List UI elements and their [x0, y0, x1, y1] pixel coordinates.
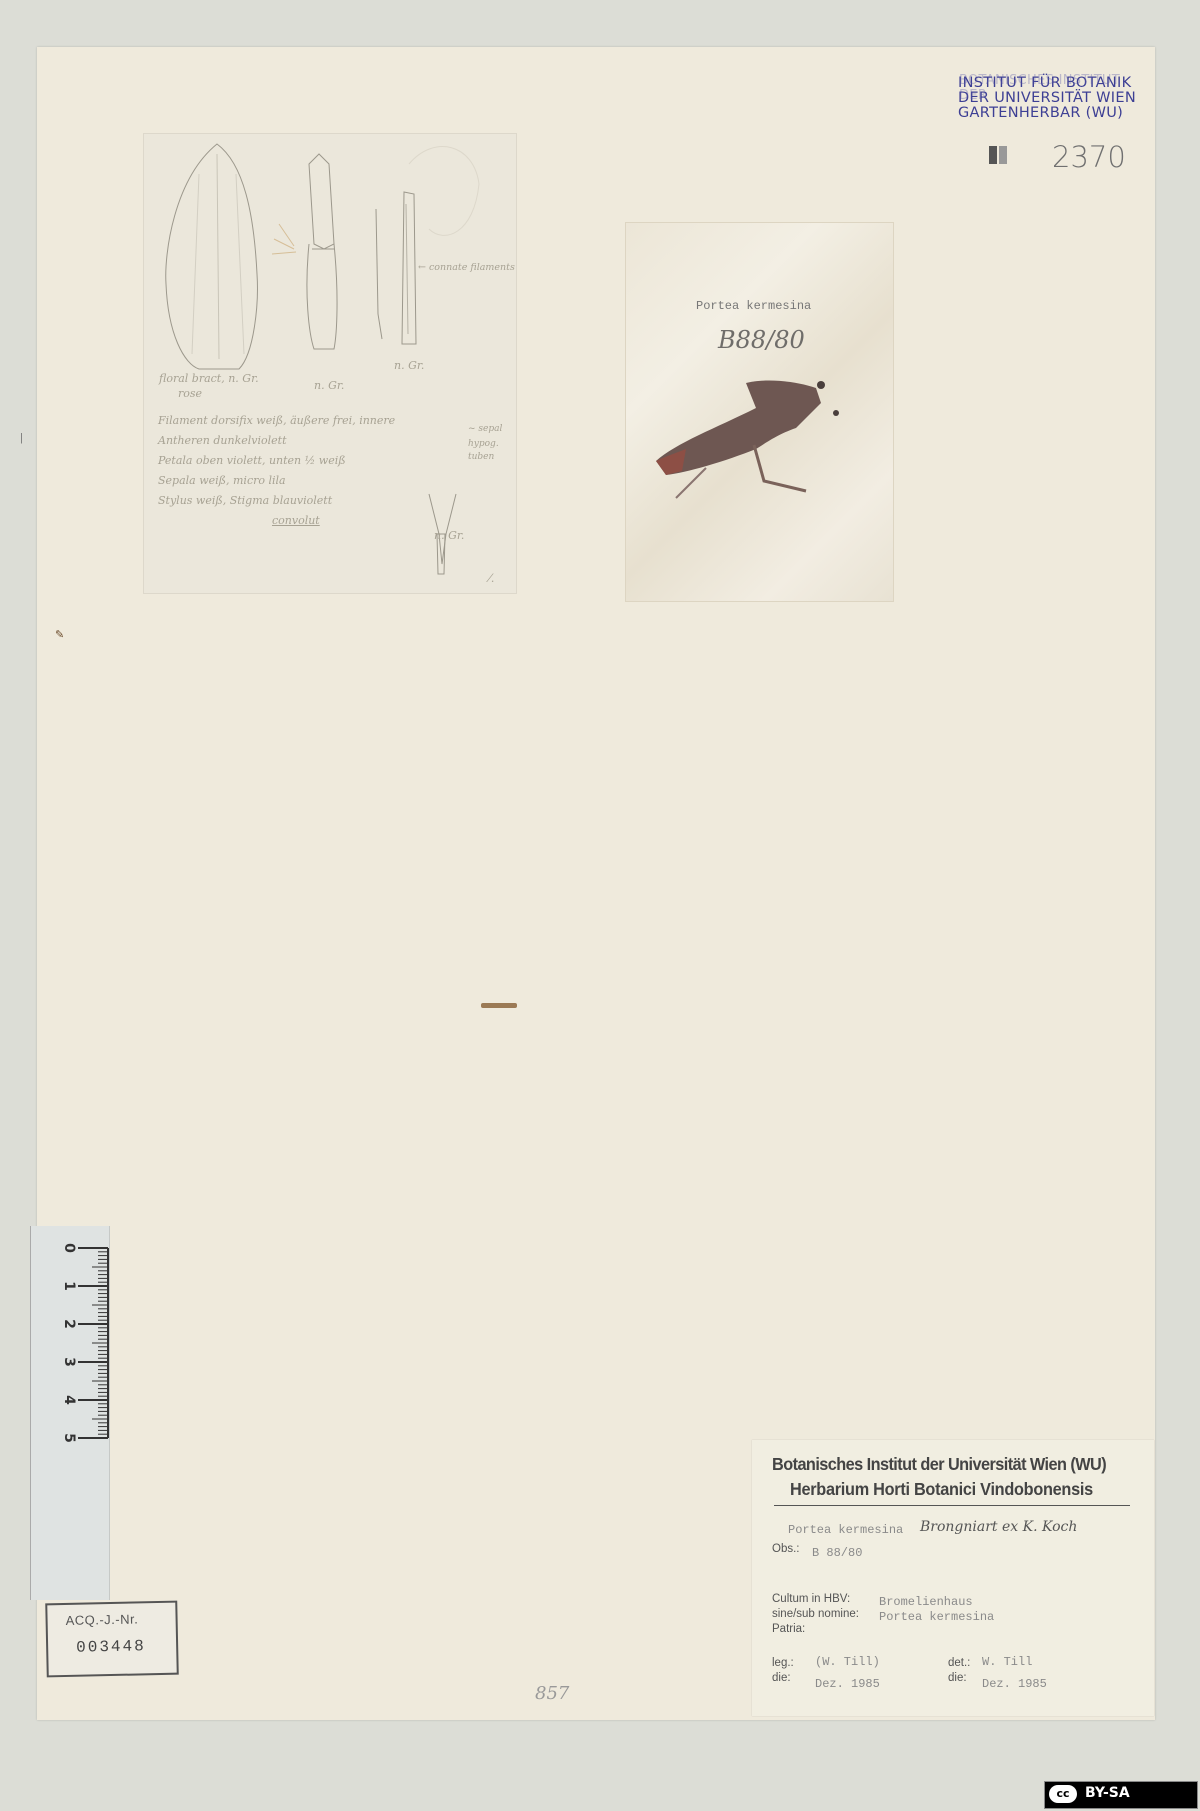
caption-ovary-note-2: hypog. — [468, 439, 499, 449]
accession-title: ACQ.-J.-Nr. — [65, 1611, 138, 1628]
caption-bract-color: rose — [178, 387, 202, 400]
caption-stamen-scale: n. Gr. — [394, 359, 424, 372]
caption-ovary-note-1: ~ sepal — [468, 424, 502, 434]
caption-corner: ⁄. — [489, 572, 494, 585]
note-line-6: convolut — [272, 514, 320, 527]
sheet-number: 857 — [535, 1683, 569, 1704]
label-leg-caption: leg.: — [772, 1657, 794, 1669]
label-sine-caption: sine/sub nomine: — [772, 1608, 859, 1620]
label-det-value: W. Till — [982, 1655, 1032, 1669]
institution-stamp: BOTANISCHES INSTITUT DER INSTITUT FÜR BO… — [958, 76, 1136, 121]
note-line-1: Filament dorsifix weiß, äußere frei, inn… — [158, 414, 395, 427]
caption-bract: floral bract, n. Gr. — [159, 372, 259, 385]
herbarium-number: 2370 — [1052, 140, 1126, 174]
svg-text:2: 2 — [61, 1319, 77, 1329]
stamp-mark-icon — [989, 146, 1009, 166]
label-det-caption: det.: — [948, 1657, 970, 1669]
label-sine-value: Portea kermesina — [879, 1610, 994, 1624]
label-leg-value: (W. Till) — [815, 1655, 880, 1669]
accession-number: 003448 — [76, 1637, 146, 1656]
cc-icon: cc — [1049, 1785, 1077, 1803]
label-cultum-value: Bromelienhaus — [879, 1595, 973, 1609]
caption-ovary-note-3: tuben — [468, 452, 494, 462]
accession-stamp: ACQ.-J.-Nr. 003448 — [45, 1601, 179, 1678]
scale-ruler: 012345 — [30, 1226, 109, 1600]
svg-text:5: 5 — [61, 1433, 77, 1443]
specimen-envelope: Portea kermesina B88/80 — [625, 222, 894, 602]
label-leg-die-caption: die: — [772, 1672, 791, 1684]
caption-flower-scale: n. Gr. — [314, 379, 344, 392]
svg-text:4: 4 — [61, 1395, 77, 1405]
label-divider — [774, 1505, 1130, 1506]
license-badge[interactable]: cc BY-SA — [1044, 1781, 1198, 1809]
svg-text:3: 3 — [61, 1357, 77, 1367]
svg-text:0: 0 — [61, 1243, 77, 1253]
label-det-die-value: Dez. 1985 — [982, 1677, 1047, 1691]
caption-ovary-scale: n. Gr. — [434, 529, 464, 542]
note-line-5: Stylus weiß, Stigma blauviolett — [158, 494, 332, 507]
label-leg-die-value: Dez. 1985 — [815, 1677, 880, 1691]
label-herbarium: Herbarium Horti Botanici Vindobonensis — [790, 1479, 1093, 1500]
note-line-2: Antheren dunkelviolett — [158, 434, 287, 447]
envelope-typed-name: Portea kermesina — [696, 299, 811, 313]
note-line-4: Sepala weiß, micro lila — [158, 474, 286, 487]
stamp-line-3: GARTENHERBAR (WU) — [958, 106, 1136, 121]
note-line-3: Petala oben violett, unten ½ weiß — [158, 454, 346, 467]
label-obs-caption: Obs.: — [772, 1543, 799, 1555]
herbarium-label: Botanisches Institut der Universität Wie… — [752, 1440, 1154, 1716]
drawing-sketch-icon — [144, 134, 516, 593]
license-text: BY-SA — [1085, 1785, 1130, 1801]
envelope-code: B88/80 — [718, 326, 805, 354]
ruler-ticks-icon: 012345 — [31, 1226, 109, 1600]
label-det-die-caption: die: — [948, 1672, 967, 1684]
label-taxon-typed: Portea kermesina — [788, 1523, 903, 1537]
label-taxon-author: Brongniart ex K. Koch — [920, 1519, 1077, 1535]
label-obs-value: B 88/80 — [812, 1546, 862, 1560]
specimen-fragment — [481, 1003, 517, 1008]
label-cultum-caption: Cultum in HBV: — [772, 1593, 850, 1605]
caption-stamen-note: ← connate filaments — [418, 262, 515, 273]
margin-mark: | — [20, 432, 23, 444]
svg-text:1: 1 — [61, 1281, 77, 1291]
label-patria-caption: Patria: — [772, 1623, 805, 1635]
botanical-drawing: floral bract, n. Gr. rose n. Gr. n. Gr. … — [143, 133, 517, 594]
sheet-speck: ✎ — [55, 628, 64, 641]
dried-flower-specimen-icon — [646, 373, 846, 573]
stamp-ghost-line: BOTANISCHES INSTITUT DER — [959, 73, 1136, 103]
label-institution: Botanisches Institut der Universität Wie… — [772, 1454, 1106, 1475]
